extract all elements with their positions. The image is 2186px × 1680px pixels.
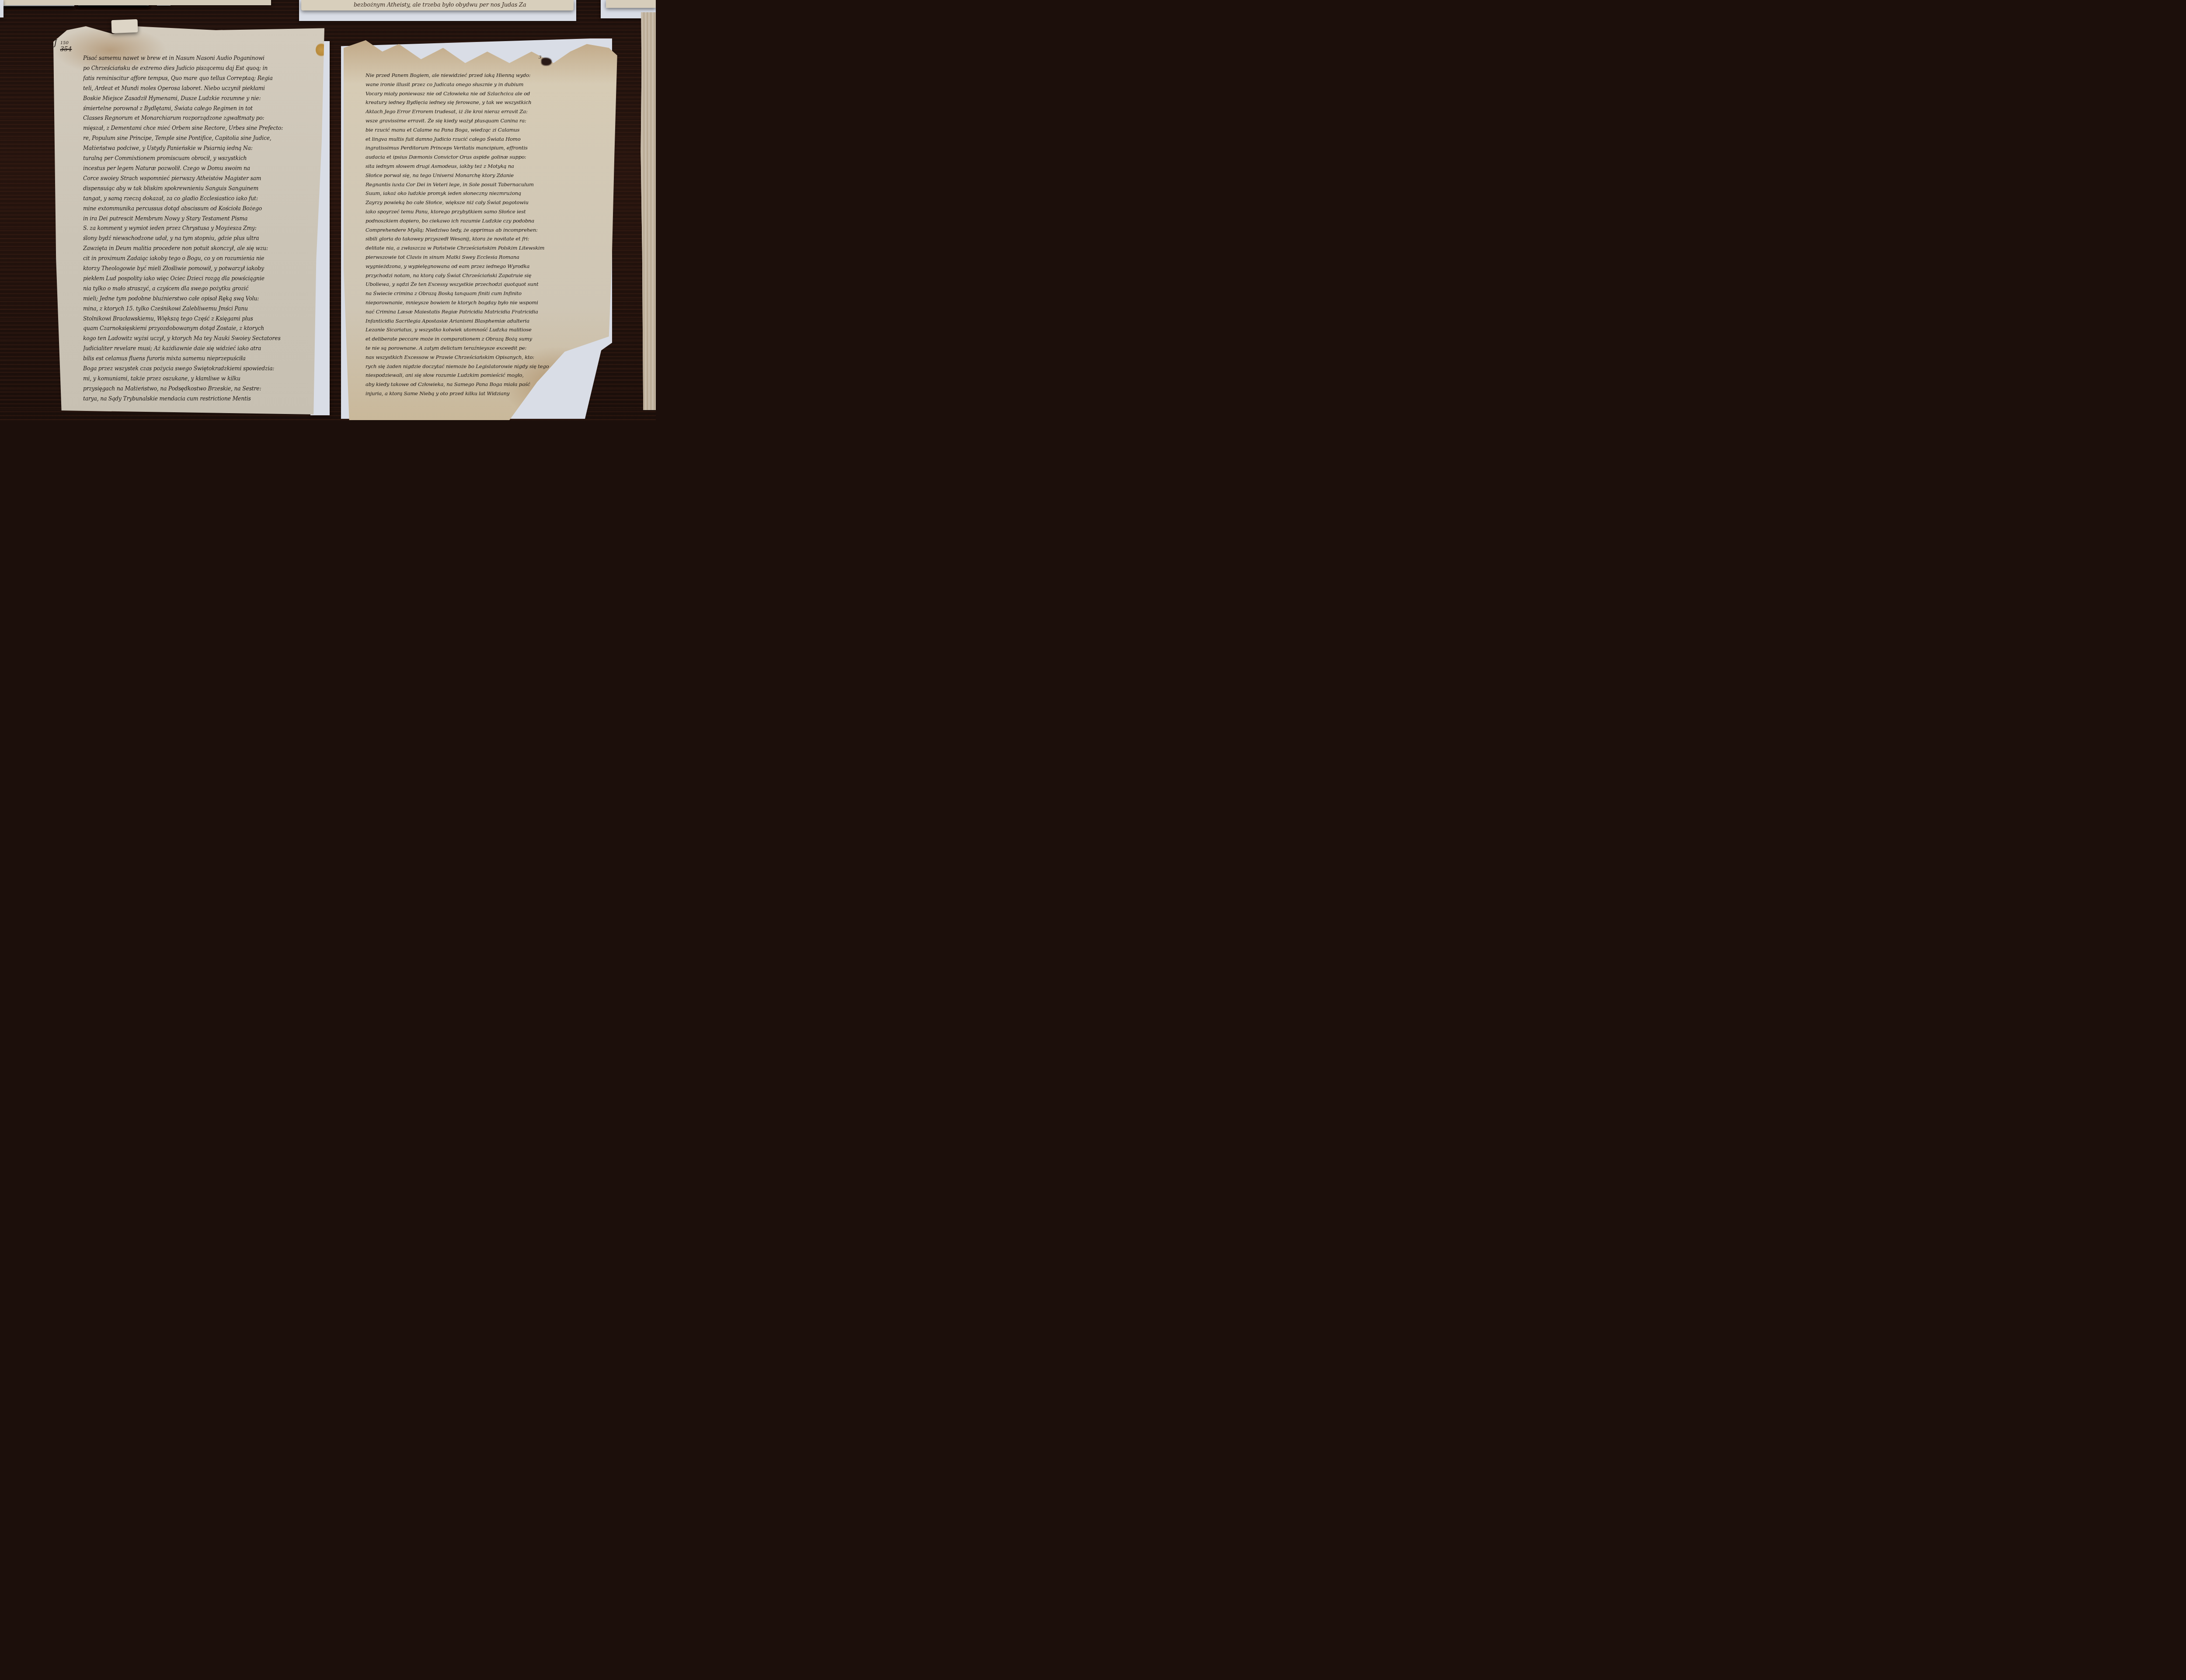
manuscript-line: Małżeństwa podciwe, y Ustydy Panieńskie …	[83, 143, 284, 153]
manuscript-line: sibili gloria do takowey przyszedł Wesan…	[365, 234, 549, 243]
manuscript-line: Comprehendere Myślą; Niedziwo tedy, że o…	[365, 226, 549, 235]
manuscript-line: Zawzięta in Deum malitia procedere non p…	[83, 243, 284, 254]
manuscript-line: Lezanie Sicariatus, y wszystko kolwiek u…	[365, 325, 549, 334]
manuscript-line: mina, z ktorych 15. tylko Cześnikowi Zal…	[83, 304, 284, 314]
manuscript-line: ktorzy Theologowie być mieli Złośliwie p…	[83, 264, 284, 274]
manuscript-line: Classes Regnorum et Monarchiarum rozporz…	[83, 113, 284, 123]
manuscript-line: Vocary miały poniewasz nie od Człowieka …	[365, 89, 549, 98]
manuscript-line: nas wszystkich Excessow w Prawie Chrześc…	[365, 353, 549, 362]
manuscript-line: Judicialiter revelare musi; Aż każdiawni…	[83, 344, 284, 354]
manuscript-line: Stolnikowi Bracławskiemu, Większą tego C…	[83, 314, 284, 324]
manuscript-line: Infanticidia Sacrilegia Apostasiæ Ariani…	[365, 317, 549, 326]
manuscript-line: Słońce porwał się, na tego Universi Mona…	[365, 171, 549, 180]
manuscript-line: mieli; Jedne tym podobne bluźnierstwo ca…	[83, 294, 284, 304]
manuscript-line: Nie przed Panem Bogiem, ale niewidzieć p…	[365, 71, 549, 80]
manuscript-line: śmiertelne porownał z Bydlętami, Świata …	[83, 104, 284, 114]
manuscript-line: wsze gravissime erravit. Że się kiedy wa…	[365, 116, 549, 125]
manuscript-line: niespodziewali, ani się słow rozumie Lud…	[365, 371, 549, 380]
manuscript-line: Aktach Jego Error Errorem trudesat, iż ź…	[365, 107, 549, 116]
folio-prefix: J	[54, 38, 57, 48]
top-middle-manuscript-sheet: bezbożnym Atheisty, ale trzeba było obyd…	[301, 0, 574, 10]
manuscript-line: te nie są porownane. A zatym delictum te…	[365, 344, 549, 353]
manuscript-line: Zayrzy powieką bo całe Słońce, większe n…	[365, 198, 549, 207]
top-left-manuscript-sheet	[3, 0, 271, 5]
manuscript-line: przysięgach na Małżeństwo, na Podsędkost…	[83, 384, 284, 394]
manuscript-line: sita iednym słowem drugi Asmodeus, iakby…	[365, 162, 549, 171]
manuscript-line: teli, Ardeat et Mundi moles Operosa labo…	[83, 83, 284, 94]
left-page-folded-corner	[111, 19, 138, 33]
manuscript-line: piekłem Lud pospolity iako więc Ociec Dz…	[83, 274, 284, 284]
manuscript-line: ślony bydź niewschodzone udał, y na tym …	[83, 233, 284, 243]
manuscript-line: in ira Dei putrescit Membrum Nowy y Star…	[83, 214, 284, 224]
manuscript-line: rych się żaden nigdzie doczytać niemoże …	[365, 362, 549, 371]
manuscript-line: iako spoyrzeć temu Panu, ktorego przybyt…	[365, 207, 549, 216]
left-folio-mark: J 150 354	[54, 40, 72, 52]
manuscript-line: tangat, y samą rzeczą dokazał, za co gla…	[83, 194, 284, 204]
manuscript-line: fatis reminiscitur affore tempus, Quo ma…	[83, 73, 284, 83]
right-folio-mark: 3	[539, 55, 541, 60]
manuscript-line: przychodzi notam, na ktorą cały Świat Ch…	[365, 271, 549, 280]
manuscript-line: mi, y komuniami, także przez oszukane, y…	[83, 374, 284, 384]
manuscript-line: Boskie Miejsce Zasadził Hymenami, Dusze …	[83, 94, 284, 104]
right-folio-ink-blot	[541, 58, 552, 66]
manuscript-line: wygnieżdzona, y wypielęgnowana od eam pr…	[365, 262, 549, 271]
manuscript-line: Suum, iakoż oko ludzkie promyk ieden sło…	[365, 189, 549, 198]
right-page-text: Nie przed Panem Bogiem, ale niewidzieć p…	[365, 71, 549, 398]
manuscript-line: mine extommunika percussus dotąd absciss…	[83, 204, 284, 214]
folio-number-struck: 354	[60, 46, 72, 52]
manuscript-line: re, Populum sine Principe, Temple sine P…	[83, 133, 284, 143]
manuscript-line: pierwszowie tot Clavis in sinum Matki Sw…	[365, 253, 549, 262]
manuscript-line: bilis est celamus fluens furoris mixta s…	[83, 354, 284, 364]
manuscript-line: po Chrześciańsku de extremo dies Judicio…	[83, 63, 284, 73]
manuscript-line: Boga przez wszystek czas pożycia swego Ś…	[83, 364, 284, 374]
manuscript-line: Uboliewa, y sądzi Że ten Excessy wszystk…	[365, 280, 549, 289]
top-left-sheet-backing-under	[0, 0, 3, 17]
manuscript-line: Pisać samemu nawet w brew et in Nasum Na…	[83, 53, 284, 63]
folio-number-top: 150	[60, 40, 72, 46]
manuscript-line: tarya, na Sądy Trybunalskie mendacia cum…	[83, 394, 284, 404]
manuscript-line: bezbożnym Atheisty, ale trzeba było obyd…	[354, 2, 526, 8]
manuscript-line: kreatury iedney Bydlęcia iedney się fero…	[365, 98, 549, 107]
manuscript-line: bie rzucić manu et Calame na Pana Boga, …	[365, 125, 549, 135]
manuscript-line: et deliberate peccare może in comparatio…	[365, 334, 549, 344]
manuscript-line: ingratissimus Perditorum Princeps Verita…	[365, 143, 549, 153]
manuscript-line: Corce swoiey Strach wspomnieć pierwszy A…	[83, 174, 284, 184]
manuscript-line: injuria, a ktorą Same Niebą y oto przed …	[365, 389, 549, 398]
manuscript-line: nać Crimina Læsæ Maiestatis Regiæ Patric…	[365, 307, 549, 317]
manuscript-line: quam Czarnoksięskiemi przyozdobowanym do…	[83, 323, 284, 334]
manuscript-line: cit in proximum Zadaiąc iakoby tego o Bo…	[83, 254, 284, 264]
manuscript-line: delitate nia, a zwłaszcza w Państwie Chr…	[365, 243, 549, 253]
manuscript-line: incestus per legem Naturæ pozwolił. Czeg…	[83, 163, 284, 174]
manuscript-line: kogo ten Ladowitz wyżsi uczył, y ktorych…	[83, 334, 284, 344]
manuscript-line: turalną per Commixtionem promiscuam obro…	[83, 153, 284, 163]
top-middle-sheet-text: bezbożnym Atheisty, ale trzeba było obyd…	[354, 2, 526, 8]
manuscript-line: mięszał, z Dementami chce mieć Orbem sin…	[83, 123, 284, 133]
manuscript-line: na Świecie crimina z Obrazą Boską tanqua…	[365, 289, 549, 298]
left-page-text: Pisać samemu nawet w brew et in Nasum Na…	[83, 53, 284, 404]
manuscript-line: S. za komment y wymiot ieden przez Chrys…	[83, 223, 284, 233]
manuscript-line: Regnantis iuxta Cor Dei in Veteri lege, …	[365, 180, 549, 189]
folio-number: 3	[539, 55, 541, 60]
top-right-manuscript-sheet	[606, 0, 656, 8]
manuscript-line: audacia et ipsius Dæmonis Convictor Orus…	[365, 153, 549, 162]
manuscript-line: dispensuiąc aby w tak bliskim spokrewnie…	[83, 184, 284, 194]
manuscript-line: wane ironie illusit przez co Judicata on…	[365, 80, 549, 89]
manuscript-line: et lingva multis fuit damno Judicio rzuc…	[365, 135, 549, 144]
manuscript-line: podnoszkiem dopiero, bo ciekawo ich rozu…	[365, 216, 549, 226]
manuscript-line: nia tylko o mało straszyć, a czyścem dla…	[83, 284, 284, 294]
manuscript-line: aby kiedy takowe od Człowieka, na Samego…	[365, 380, 549, 389]
manuscript-line: nieporownanie, mnieysze bowiem te ktoryc…	[365, 298, 549, 307]
